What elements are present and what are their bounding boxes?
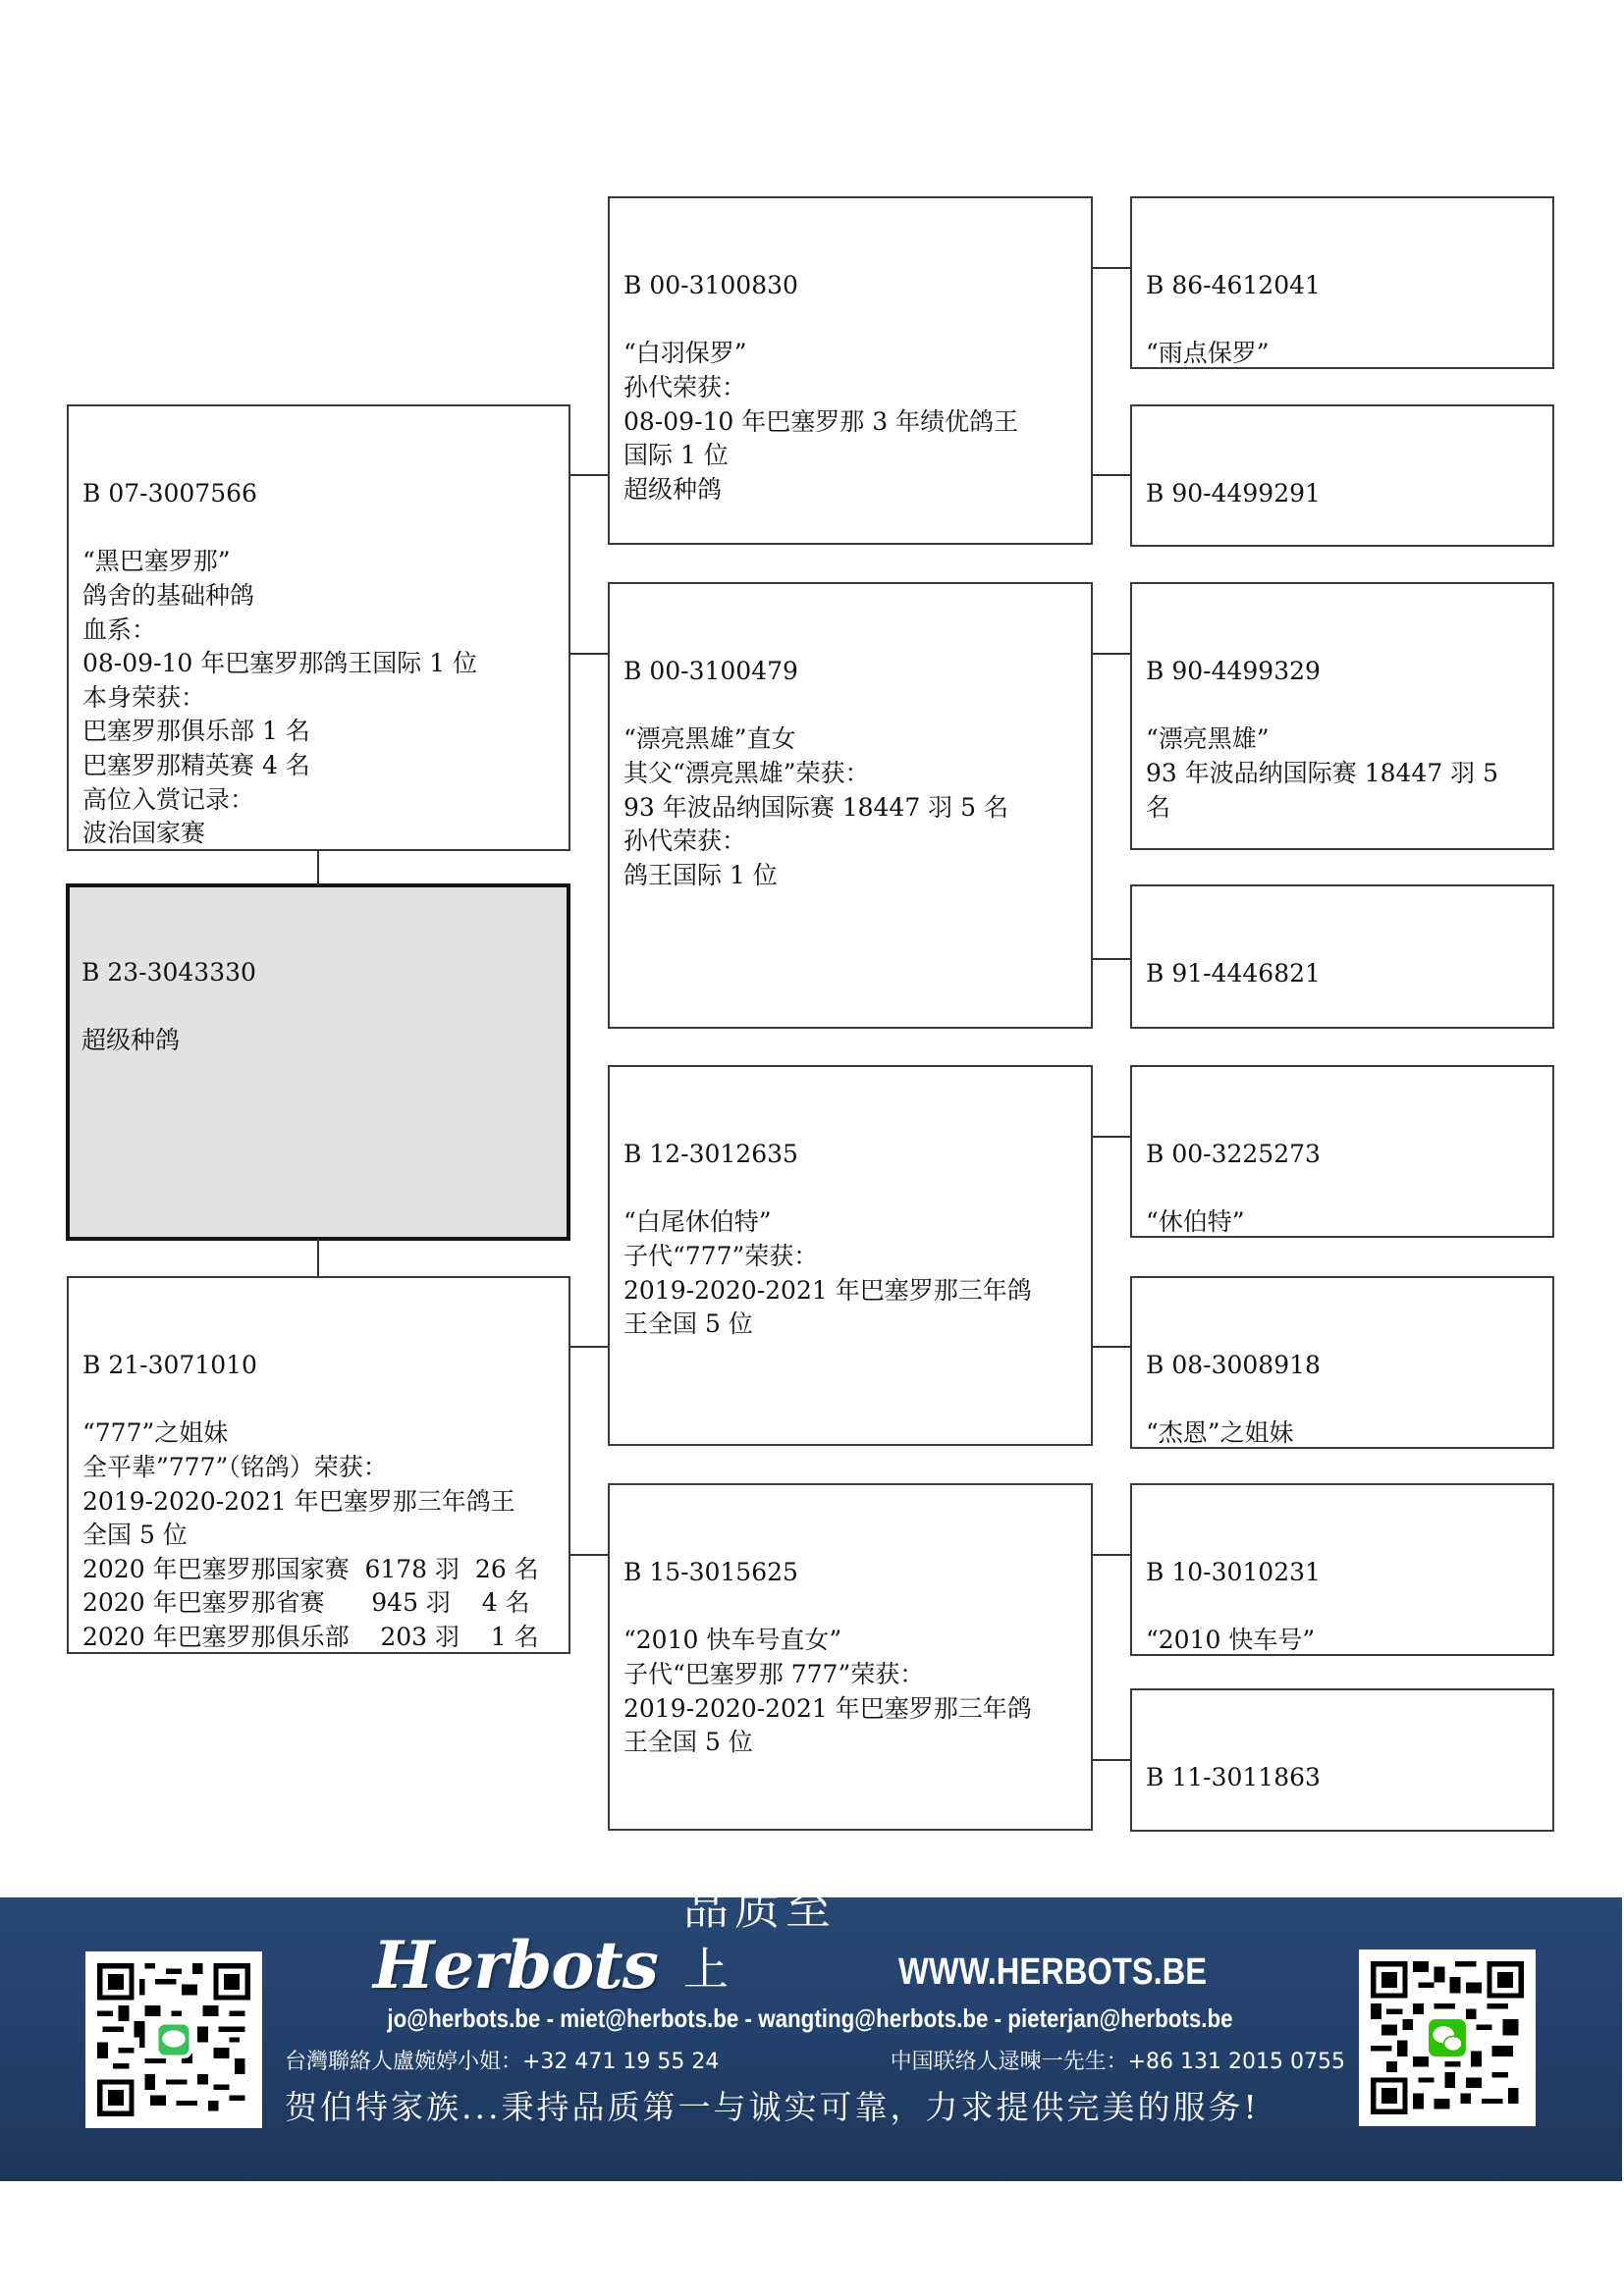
qr-pattern xyxy=(97,1963,250,2116)
pedigree-detail-line: 鸽舍的基础种鸽 xyxy=(82,579,555,614)
contact-row: 台灣聯絡人盧婉婷小姐：+32 471 19 55 24 中国联络人逯暕一先生：+… xyxy=(285,2045,1345,2075)
pedigree-detail-line: 孙代荣获： xyxy=(623,825,1077,859)
ring-number: B 07-3007566 xyxy=(82,477,555,511)
ring-number: B 91-4446821 xyxy=(1146,957,1539,991)
pedigree-card-sire-sire: B 00-3100830 “白羽保罗”孙代荣获：08-09-10 年巴塞罗那 3… xyxy=(608,196,1093,545)
pedigree-card-dd-dam: B 11-3011863 “胖黑雌”2014 年鸽王全国 1 位直女 xyxy=(1130,1688,1554,1832)
pedigree-detail-line: “胖黑雌” xyxy=(1146,1829,1539,1832)
pedigree-detail-line: 高位入赏记录： xyxy=(82,783,555,818)
pedigree-card-dam-dam: B 15-3015625 “2010 快车号直女”子代“巴塞罗那 777”荣获：… xyxy=(608,1483,1093,1831)
pedigree-detail-line: “漂亮黑雄” xyxy=(1146,722,1539,757)
pedigree-detail-line: 93 年波品纳国际赛 18447 羽 5 xyxy=(1146,757,1539,791)
email-list[interactable]: jo@herbots.be - miet@herbots.be - wangti… xyxy=(283,2003,1338,2034)
pedigree-detail-line: 孙代荣获： xyxy=(623,371,1077,405)
qr-pattern xyxy=(1371,1961,1524,2114)
ring-number: B 15-3015625 xyxy=(623,1556,1077,1590)
pedigree-detail-line: 08-09-10 年巴塞罗那 3 年绩优鸽王 xyxy=(623,405,1077,440)
pedigree-detail-line: 2020 年巴塞罗那国家赛 6178 羽 26 名 xyxy=(82,1553,555,1587)
connector-ss-sire xyxy=(1092,267,1131,269)
pedigree-card-subject: B 23-3043330 超级种鸽 xyxy=(66,883,570,1241)
pedigree-detail-line: 子代“777”荣获： xyxy=(623,1240,1077,1274)
pedigree-detail-line: “黑巴塞罗那” xyxy=(82,545,555,579)
pedigree-detail-line: “2010 快车号” xyxy=(1146,1624,1539,1656)
pedigree-detail-line: 2019-2020-2021 年巴塞罗那三年鸽王 xyxy=(82,1485,555,1520)
pedigree-detail-line: “白羽保罗” xyxy=(623,337,1077,371)
pedigree-card-ss-dam: B 90-4499291 “5 次 3 名直女”与“雨点保罗”构成黄金配对 xyxy=(1130,404,1554,547)
pedigree-detail-line: “2010 快车号直女” xyxy=(623,1624,1077,1658)
connector-dd-sire xyxy=(1092,1554,1131,1556)
ring-number: B 90-4499291 xyxy=(1146,477,1539,511)
qr-code-line[interactable] xyxy=(85,1951,262,2128)
pedigree-detail-line: “女士 III” xyxy=(1146,1025,1539,1029)
pedigree-detail-line: “777”之姐妹 xyxy=(82,1416,555,1451)
pedigree-detail-line: 波治国家赛 xyxy=(82,817,555,851)
website-link[interactable]: WWW.HERBOTS.BE xyxy=(898,1945,1207,2000)
pedigree-detail-line: 全国 5 位 xyxy=(82,1519,555,1553)
connector-ss-dam xyxy=(1092,474,1131,476)
ring-number: B 00-3225273 xyxy=(1146,1138,1539,1172)
ring-number: B 21-3071010 xyxy=(82,1349,555,1383)
connector-dam-to-dam-dam xyxy=(569,1554,609,1556)
connector-subject-dam xyxy=(317,1239,319,1278)
connector-sd-sire xyxy=(1092,653,1131,655)
connector-sire-to-sire-sire xyxy=(569,474,609,476)
brand-row: Herbots 品质至上 WWW.HERBOTS.BE xyxy=(373,1921,1257,2000)
connector-dd-dam xyxy=(1092,1759,1131,1761)
pedigree-detail-line: 2019-2020-2021 年巴塞罗那三年鸽 xyxy=(623,1274,1077,1308)
pedigree-detail-line: 全平辈”777”（铭鸽）荣获： xyxy=(82,1451,555,1485)
pedigree-detail-line: “漂亮黑雄”直女 xyxy=(623,722,1077,757)
pedigree-card-dd-sire: B 10-3010231 “2010 快车号”巴塞罗那 3 年绩优鸽王全国 1 … xyxy=(1130,1483,1554,1656)
pedigree-card-dam-sire: B 12-3012635 “白尾休伯特”子代“777”荣获：2019-2020-… xyxy=(608,1065,1093,1446)
connector-sire-subject xyxy=(317,850,319,885)
ring-number: B 11-3011863 xyxy=(1146,1761,1539,1795)
connector-dam-to-dam-sire xyxy=(569,1346,609,1348)
pedigree-detail-line: 93 年波品纳国际赛 18447 羽 5 名 xyxy=(623,791,1077,826)
connector-ds-dam xyxy=(1092,1346,1131,1348)
pedigree-detail-line: 王全国 5 位 xyxy=(623,1308,1077,1342)
pedigree-detail-line: 巴塞罗那俱乐部 1 名 xyxy=(82,715,555,749)
tagline: 贺伯特家族...秉持品质第一与诚实可靠，力求提供完美的服务! xyxy=(285,2082,1345,2128)
pedigree-detail-line: “雨点保罗” xyxy=(1146,337,1539,369)
pedigree-card-ds-sire: B 00-3225273 “休伯特”“777”之祖父子代“芬腾”荣获：圣文森国家… xyxy=(1130,1065,1554,1238)
pedigree-detail-line: 子代“巴塞罗那 777”荣获： xyxy=(623,1658,1077,1692)
connector-sd-dam xyxy=(1092,958,1131,960)
ring-number: B 08-3008918 xyxy=(1146,1349,1539,1383)
pedigree-detail-line: 超级种鸽 xyxy=(623,473,1077,507)
pedigree-detail-line: “杰恩”之姐妹 xyxy=(1146,1416,1539,1449)
ring-number: B 12-3012635 xyxy=(623,1138,1077,1172)
ring-number: B 10-3010231 xyxy=(1146,1556,1539,1590)
pedigree-detail-line: 国际 1 位 xyxy=(623,439,1077,473)
pedigree-card-sd-sire: B 90-4499329 “漂亮黑雄”93 年波品纳国际赛 18447 羽 5名 xyxy=(1130,582,1554,850)
pedigree-detail-line: “5 次 3 名直女” xyxy=(1146,545,1539,547)
pedigree-detail-line: 鸽王国际 1 位 xyxy=(623,859,1077,893)
ring-number: B 00-3100479 xyxy=(623,655,1077,689)
pedigree-card-dam: B 21-3071010 “777”之姐妹全平辈”777”（铭鸽）荣获：2019… xyxy=(67,1276,570,1654)
pedigree-card-ss-sire: B 86-4612041 “雨点保罗”与“5 次 3 名直女”构成黄金配对 xyxy=(1130,196,1554,369)
pedigree-detail-line: 王全国 5 位 xyxy=(623,1726,1077,1760)
ring-number: B 23-3043330 xyxy=(81,956,555,990)
pedigree-detail-line: “休伯特” xyxy=(1146,1205,1539,1238)
brand-slogan: 品质至上 xyxy=(683,1878,873,2000)
ring-number: B 90-4499329 xyxy=(1146,655,1539,689)
qr-code-wechat[interactable] xyxy=(1359,1949,1536,2126)
pedigree-detail-line: 巴塞罗那精英赛 4 名 xyxy=(82,749,555,783)
footer-banner: Herbots 品质至上 WWW.HERBOTS.BE jo@herbots.b… xyxy=(0,1897,1622,2181)
ring-number: B 86-4612041 xyxy=(1146,269,1539,303)
pedigree-detail-line: 名 xyxy=(1146,791,1539,826)
pedigree-detail-line: “白尾休伯特” xyxy=(623,1205,1077,1240)
pedigree-card-sire: B 07-3007566 “黑巴塞罗那”鸽舍的基础种鸽血系：08-09-10 年… xyxy=(67,404,570,851)
contact-taiwan: 台灣聯絡人盧婉婷小姐：+32 471 19 55 24 xyxy=(285,2045,719,2075)
pedigree-detail-line: 本身荣获： xyxy=(82,681,555,716)
ring-number: B 00-3100830 xyxy=(623,269,1077,303)
pedigree-card-sd-dam: B 91-4446821 “女士 III”全平辈的子代荣获：巴塞罗那国际赛 7 … xyxy=(1130,884,1554,1029)
pedigree-detail-line: 08-09-10 年巴塞罗那鸽王国际 1 位 xyxy=(82,647,555,681)
pedigree-detail-line: 2019-2020-2021 年巴塞罗那三年鸽 xyxy=(623,1692,1077,1727)
connector-sire-to-sire-dam xyxy=(569,653,609,655)
brand-logo: Herbots xyxy=(373,1931,658,2000)
pedigree-card-sire-dam: B 00-3100479 “漂亮黑雄”直女其父“漂亮黑雄”荣获：93 年波品纳国… xyxy=(608,582,1093,1029)
connector-ds-sire xyxy=(1092,1136,1131,1138)
pedigree-detail-line: 2020 年巴塞罗那俱乐部 203 羽 1 名 xyxy=(82,1621,555,1654)
pedigree-detail-line: 其父“漂亮黑雄”荣获： xyxy=(623,757,1077,791)
pedigree-detail-line: 超级种鸽 xyxy=(81,1024,555,1058)
pedigree-detail-line: 血系： xyxy=(82,614,555,648)
pedigree-card-ds-dam: B 08-3008918 “杰恩”之姐妹“777”之祖母子代“芬腾”荣获：圣文森… xyxy=(1130,1276,1554,1449)
pedigree-detail-line: 2020 年巴塞罗那省赛 945 羽 4 名 xyxy=(82,1586,555,1621)
contact-china: 中国联络人逯暕一先生：+86 131 2015 0755 xyxy=(891,2045,1345,2075)
